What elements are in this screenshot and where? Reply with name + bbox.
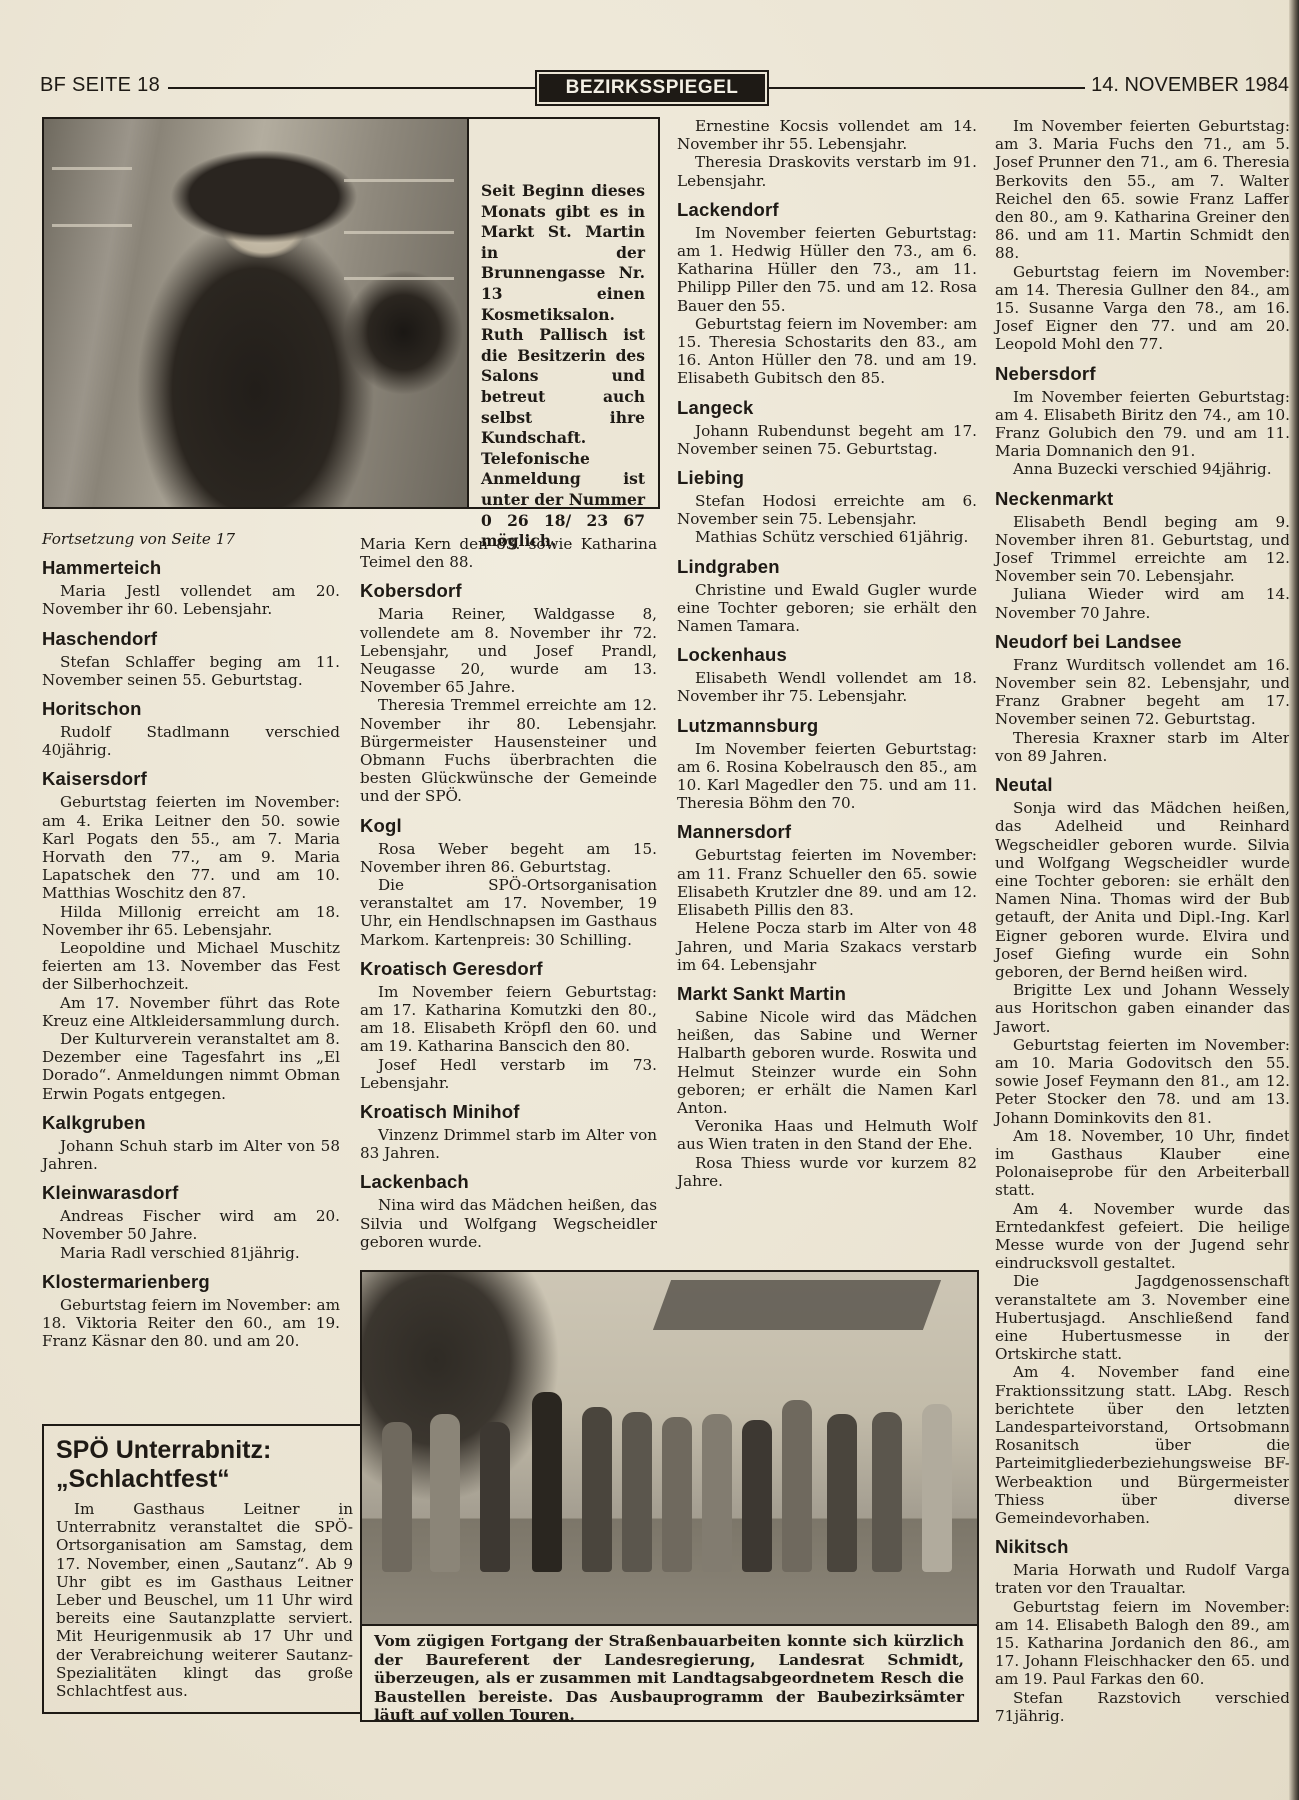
paragraph: Brigitte Lex und Johann Wessely aus Hori… [995,981,1290,1036]
paragraph: Vinzenz Drimmel starb im Alter von 83 Ja… [360,1126,657,1162]
section-heading: Lackendorf [677,199,977,221]
photo-person [430,1414,460,1572]
spo-unterrabnitz-box: SPÖ Unterrabnitz: „Schlachtfest“ Im Gast… [42,1424,367,1714]
photo-house-roof [653,1280,941,1330]
photo-caption-strassenbau: Vom zügigen Fortgang der Straßenbauarbei… [374,1632,964,1725]
section-heading: Haschendorf [42,628,340,650]
issue-date: 14. NOVEMBER 1984 [1091,74,1289,97]
paragraph: Theresia Tremmel erreichte am 12. Novemb… [360,696,657,805]
section-heading: Kaisersdorf [42,768,340,790]
paragraph: Am 17. November führt das Rote Kreuz ein… [42,994,340,1030]
paragraph: Maria Kern den 83. sowie Katharina Teime… [360,535,657,571]
paragraph: Theresia Kraxner starb im Alter von 89 J… [995,729,1290,765]
photo-person [922,1404,952,1572]
photo-person [532,1392,562,1572]
section-heading: Mannersdorf [677,821,977,843]
section-heading: Horitschon [42,698,340,720]
paragraph: Die SPÖ-Ortsorganisation veranstaltet am… [360,876,657,949]
paragraph: Der Kulturverein veranstaltet am 8. Deze… [42,1030,340,1103]
paragraph: Veronika Haas und Helmuth Wolf aus Wien … [677,1117,977,1153]
section-heading: Nikitsch [995,1536,1290,1558]
paragraph: Maria Radl verschied 81jährig. [42,1244,340,1262]
paragraph: Stefan Hodosi erreichte am 6. November s… [677,492,977,528]
photo-shelf [344,179,454,182]
paragraph: Geburtstag feiern im November: am 18. Vi… [42,1296,340,1351]
paragraph: Im November feiern Geburtstag: am 17. Ka… [360,983,657,1056]
section-heading: Neutal [995,774,1290,796]
paragraph: Im November feierten Geburtstag: am 4. E… [995,388,1290,461]
paragraph: Geburtstag feiern im November: am 14. El… [995,1598,1290,1689]
paragraph: Am 18. November, 10 Uhr, findet im Gasth… [995,1127,1290,1200]
photo-person [622,1412,652,1572]
photo-person [382,1422,412,1572]
paragraph: Geburtstag feierten im November: am 11. … [677,846,977,919]
photo-shelf [52,167,132,170]
paragraph: Helene Pocza starb im Alter von 48 Jahre… [677,919,977,974]
paragraph: Theresia Draskovits verstarb im 91. Lebe… [677,153,977,189]
photo-strassenbau-group [362,1272,977,1626]
photo-shelf [344,231,454,234]
section-banner: BEZIRKSSPIEGEL [535,70,769,106]
section-heading: Kleinwarasdorf [42,1182,340,1204]
photo-box-strassenbau: Vom zügigen Fortgang der Straßenbauarbei… [360,1270,979,1722]
page-label: BF SEITE 18 [40,74,160,97]
paragraph: Elisabeth Bendl beging am 9. November ih… [995,513,1290,586]
paragraph: Johann Schuh starb im Alter von 58 Jahre… [42,1137,340,1173]
photo-ruth-pallisch [44,119,469,507]
page-edge-shadow [1289,0,1299,1800]
section-heading: Klostermarienberg [42,1271,340,1293]
section-heading: Neudorf bei Landsee [995,631,1290,653]
paragraph: Elisabeth Wendl vollendet am 18. Novembe… [677,669,977,705]
paragraph: Geburtstag feiern im November: am 15. Th… [677,315,977,388]
paragraph: Andreas Fischer wird am 20. November 50 … [42,1207,340,1243]
paragraph: Am 4. November fand eine Fraktionssitzun… [995,1363,1290,1527]
paragraph: Stefan Razstovich verschied 71jährig. [995,1689,1290,1725]
column-2: Maria Kern den 83. sowie Katharina Teime… [360,535,657,1251]
column-4: Im November feierten Geburtstag: am 3. M… [995,117,1290,1725]
header-rule-right [767,87,1085,89]
photo-person [662,1417,692,1572]
paragraph: Rosa Thiess wurde vor kurzem 82 Jahre. [677,1154,977,1190]
paragraph: Am 4. November wurde das Erntedankfest g… [995,1200,1290,1273]
paragraph: Anna Buzecki verschied 94jährig. [995,460,1290,478]
section-heading: Kalkgruben [42,1112,340,1134]
header-rule-left [168,87,535,89]
photo-person [827,1414,857,1572]
photo-person [742,1420,772,1572]
section-heading: Markt Sankt Martin [677,983,977,1005]
paragraph: Christine und Ewald Gugler wurde eine To… [677,581,977,636]
paragraph: Geburtstag feierten im November: am 4. E… [42,793,340,902]
paragraph: Im November feierten Geburtstag: am 3. M… [995,117,1290,263]
photo-person [872,1412,902,1572]
paragraph: Die Jagdgenossenschaft veranstaltete am … [995,1272,1290,1363]
spo-box-title: SPÖ Unterrabnitz: „Schlachtfest“ [56,1436,353,1494]
paragraph: Geburtstag feiern im November: am 14. Th… [995,263,1290,354]
paragraph: Rosa Weber begeht am 15. November ihren … [360,840,657,876]
section-heading: Kroatisch Geresdorf [360,958,657,980]
paragraph: Rudolf Stadlmann verschied 40jährig. [42,723,340,759]
paragraph: Franz Wurditsch vollendet am 16. Novembe… [995,656,1290,729]
paragraph: Leopoldine und Michael Muschitz feierten… [42,939,340,994]
paragraph: Juliana Wieder wird am 14. November 70 J… [995,585,1290,621]
newspaper-page: BF SEITE 18 BEZIRKSSPIEGEL 14. NOVEMBER … [0,0,1299,1800]
section-heading: Nebersdorf [995,363,1290,385]
continuation-note: Fortsetzung von Seite 17 [42,530,340,548]
section-heading: Liebing [677,467,977,489]
paragraph: Johann Rubendunst begeht am 17. November… [677,422,977,458]
paragraph: Ernestine Kocsis vollendet am 14. Novemb… [677,117,977,153]
photo-box-kosmetiksalon: Seit Beginn dieses Monats gibt es in Mar… [42,117,660,509]
paragraph: Geburtstag feierten im November: am 10. … [995,1036,1290,1127]
photo-person [582,1407,612,1572]
paragraph: Stefan Schlaffer beging am 11. November … [42,653,340,689]
photo-person [702,1414,732,1572]
section-heading: Lockenhaus [677,644,977,666]
section-heading: Lackenbach [360,1171,657,1193]
photo-person [480,1422,510,1572]
paragraph: Maria Reiner, Waldgasse 8, vollendete am… [360,605,657,696]
paragraph: Hilda Millonig erreicht am 18. November … [42,903,340,939]
photo-caption-kosmetiksalon: Seit Beginn dieses Monats gibt es in Mar… [481,181,645,552]
paragraph: Maria Horwath und Rudolf Varga traten vo… [995,1561,1290,1597]
column-1: Fortsetzung von Seite 17 Hammerteich Mar… [42,530,340,1351]
section-heading: Kogl [360,815,657,837]
section-heading: Kroatisch Minihof [360,1101,657,1123]
photo-shelf [344,277,454,280]
section-heading: Neckenmarkt [995,488,1290,510]
paragraph: Nina wird das Mädchen heißen, das Silvia… [360,1196,657,1251]
paragraph: Mathias Schütz verschied 61jährig. [677,528,977,546]
photo-shelf [52,224,132,227]
section-heading: Lindgraben [677,556,977,578]
section-heading: Langeck [677,397,977,419]
section-heading: Hammerteich [42,557,340,579]
paragraph: Sonja wird das Mädchen heißen, das Adelh… [995,799,1290,981]
paragraph: Sabine Nicole wird das Mädchen heißen, d… [677,1008,977,1117]
paragraph: Maria Jestl vollendet am 20. November ih… [42,582,340,618]
section-heading: Kobersdorf [360,580,657,602]
photo-person [782,1400,812,1572]
spo-box-body: Im Gasthaus Leitner in Unterrabnitz vera… [56,1500,353,1700]
column-3: Ernestine Kocsis vollendet am 14. Novemb… [677,117,977,1190]
paragraph: Im November feierten Geburtstag: am 1. H… [677,224,977,315]
paragraph: Josef Hedl verstarb im 73. Lebensjahr. [360,1056,657,1092]
paragraph: Im November feierten Geburtstag: am 6. R… [677,740,977,813]
section-heading: Lutzmannsburg [677,715,977,737]
